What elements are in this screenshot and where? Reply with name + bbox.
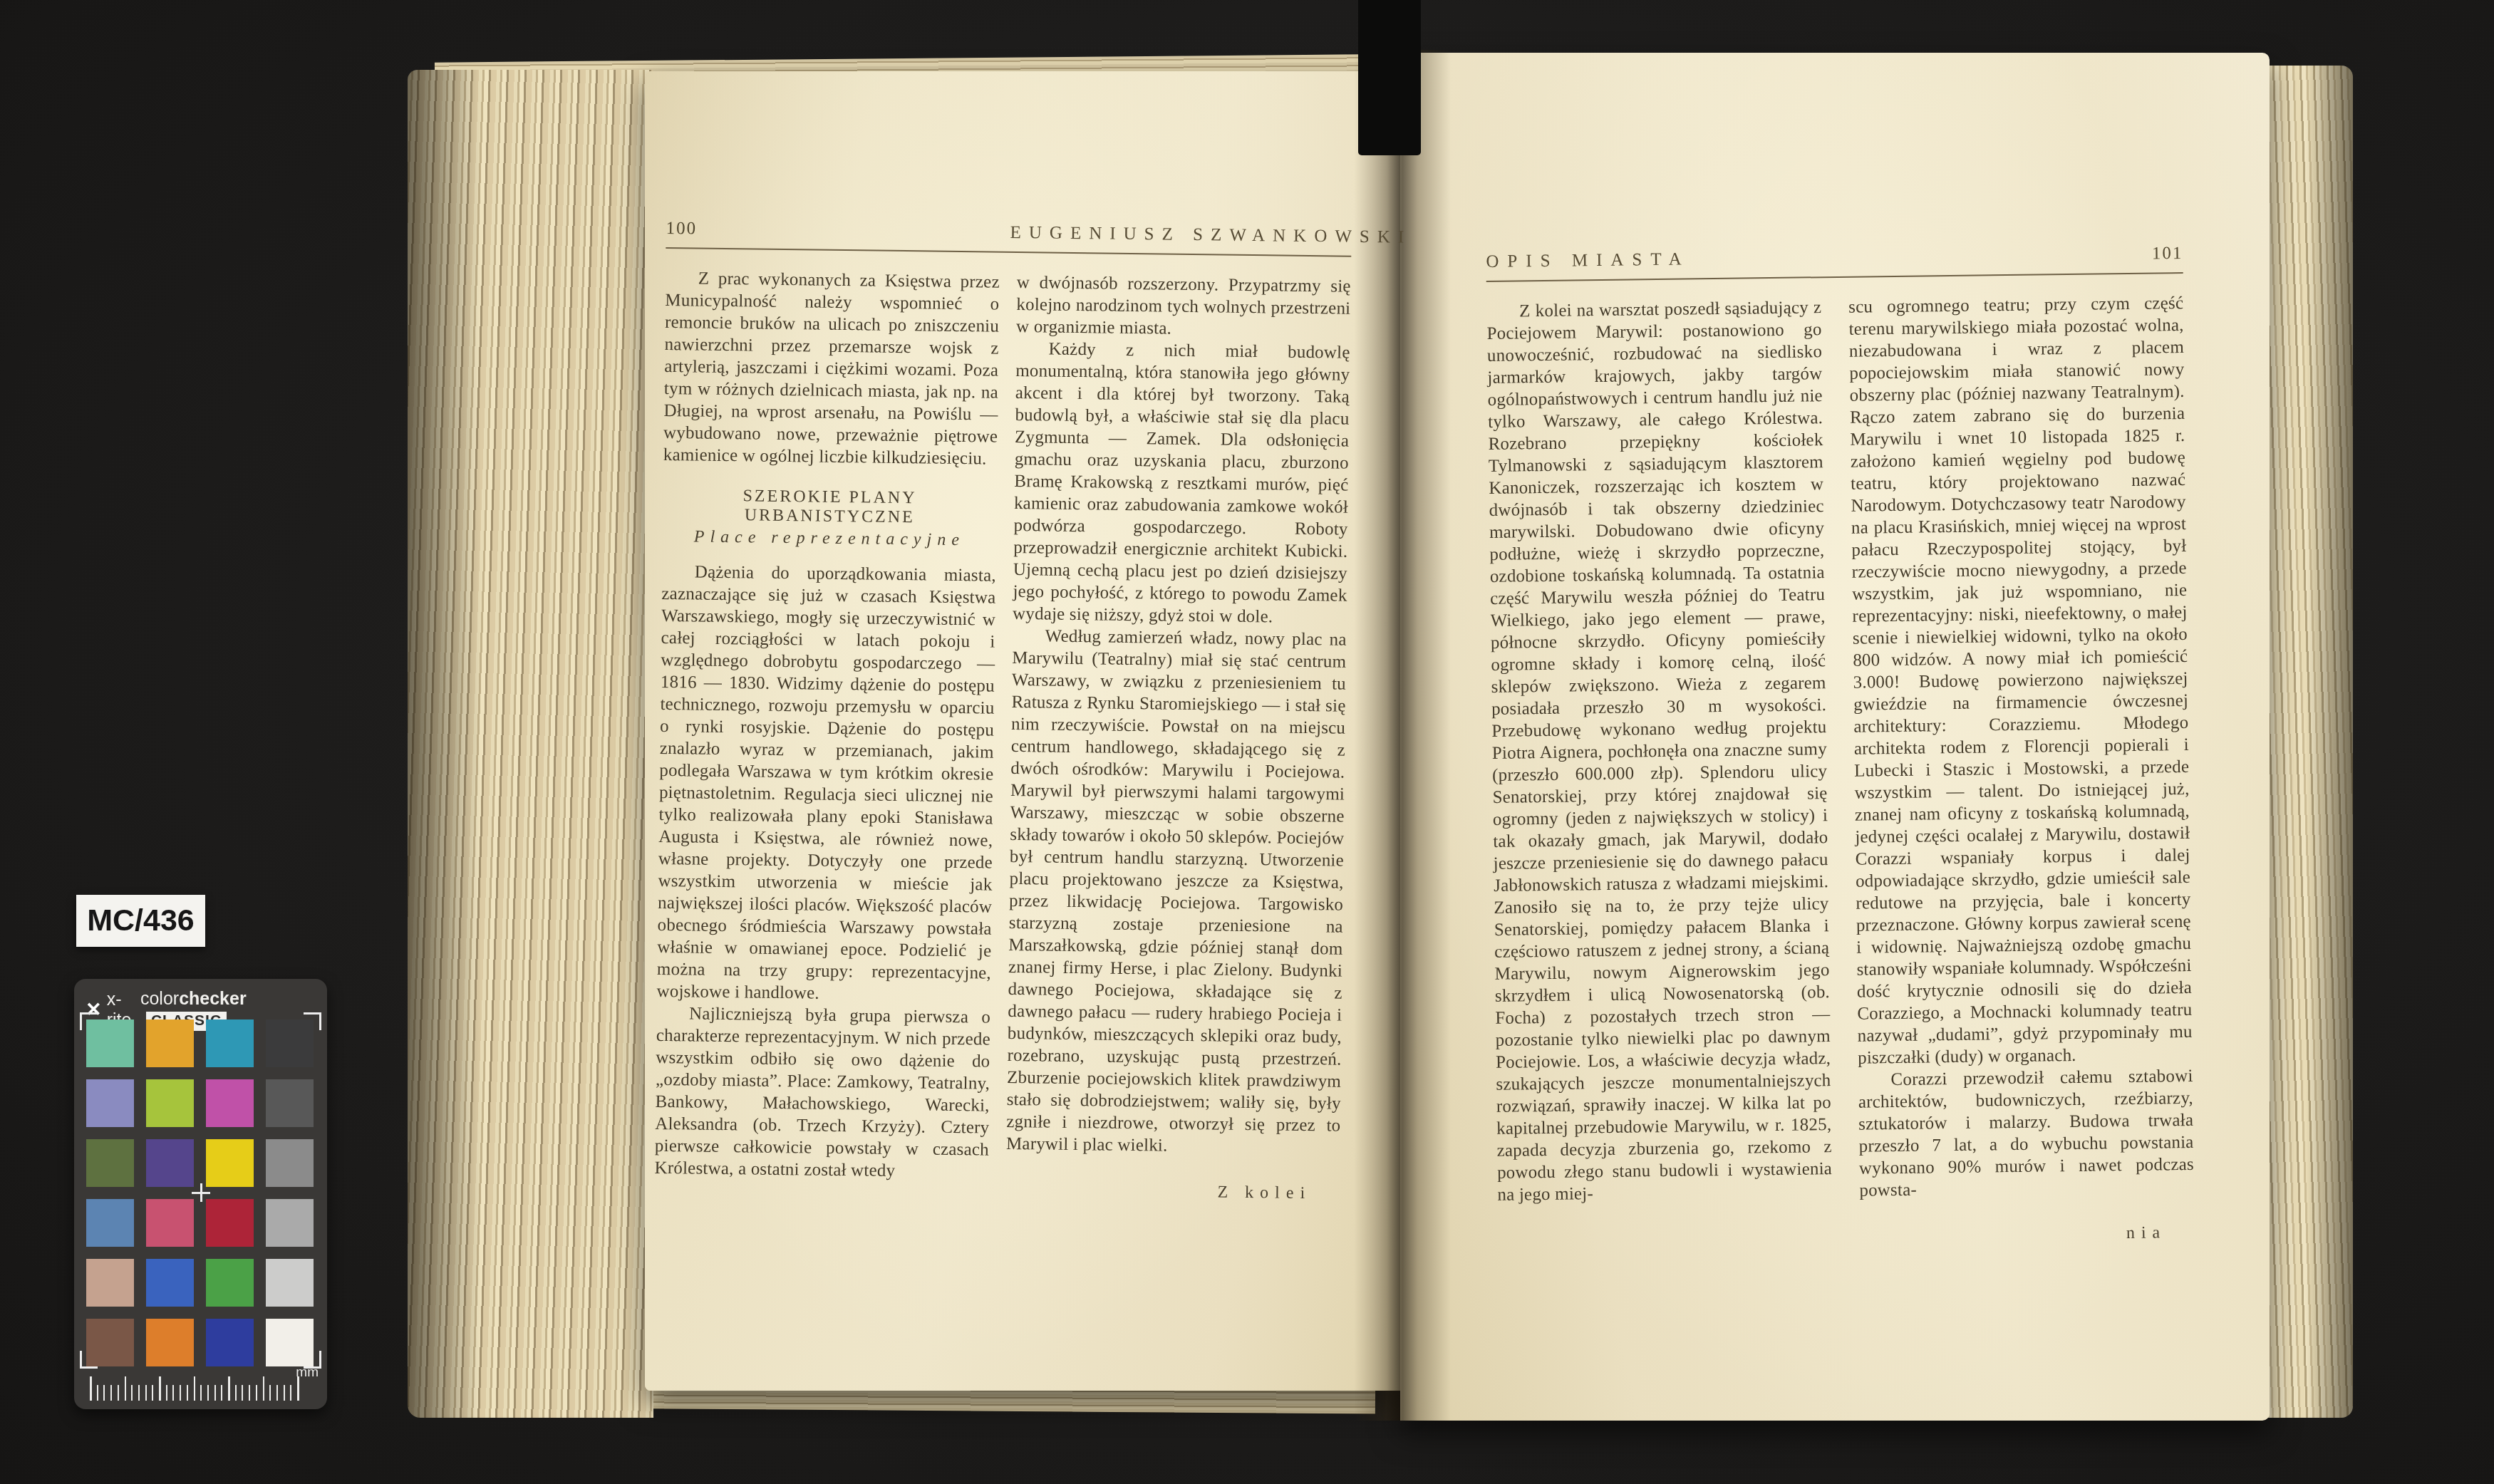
ruler-minor-ticks (90, 1385, 300, 1401)
color-patch (206, 1139, 254, 1187)
body-paragraph: Z kolei na warsztat poszedł sąsiadujący … (1486, 296, 1832, 1206)
color-patch (86, 1199, 134, 1247)
mm-ruler: mm (90, 1374, 300, 1401)
color-patch (86, 1079, 134, 1127)
page-stack-right-edges (2267, 66, 2353, 1418)
body-paragraph: Corazzi przewodził całemu sztabowi archi… (1858, 1065, 2194, 1202)
color-patch (146, 1019, 194, 1067)
left-column-1: Z prac wykonanych za Księstwa przez Muni… (654, 267, 1000, 1200)
colorchecker-card: ✕ x-rite colorchecker CLASSIC mm (74, 979, 327, 1409)
color-patch (206, 1199, 254, 1247)
color-patch (266, 1079, 314, 1127)
page-stack-left-edges (408, 70, 653, 1418)
left-column-2: w dwójnasób rozszerzony. Przypatrzmy się… (1005, 271, 1351, 1204)
color-patch (266, 1019, 314, 1067)
right-column-2: scu ogromnego teatru; przy czym część te… (1848, 292, 2195, 1247)
right-head-rule (1486, 272, 2183, 282)
color-patch (86, 1139, 134, 1187)
left-head-rule (666, 247, 1351, 257)
ruler-unit-label: mm (296, 1365, 319, 1381)
right-columns: Z kolei na warsztat poszedł sąsiadujący … (1486, 292, 2195, 1251)
color-patch (266, 1139, 314, 1187)
left-page-text: 100 EUGENIUSZ SZWANKOWSKI Z prac wykonan… (654, 209, 1352, 1204)
right-column-1: Z kolei na warsztat poszedł sąsiadujący … (1486, 296, 1833, 1251)
color-patch (206, 1319, 254, 1366)
section-subheading: Place reprezentacyjne (662, 527, 996, 551)
color-patch (86, 1319, 134, 1366)
colorchecker-title-light: color (140, 989, 179, 1009)
body-paragraph: Najliczniejszą była grupa pierwsza o cha… (654, 1002, 990, 1183)
book-cradle-strap (1358, 0, 1421, 155)
body-paragraph: Dążenia do uporządkowania miasta, zaznac… (656, 561, 996, 1007)
body-paragraph: Z prac wykonanych za Księstwa przez Muni… (663, 267, 1000, 470)
catchword: Z kolei (1005, 1181, 1340, 1204)
color-patch (146, 1319, 194, 1366)
color-patch (146, 1199, 194, 1247)
shelfmark-label: MC/436 (76, 895, 205, 947)
registration-plus-icon (192, 1183, 210, 1202)
body-paragraph: w dwójnasób rozszerzony. Przypatrzmy się… (1016, 271, 1351, 342)
color-patch (266, 1259, 314, 1307)
colorchecker-title-bold: checker (179, 989, 247, 1009)
color-patch (146, 1079, 194, 1127)
color-patch (206, 1259, 254, 1307)
color-patch (206, 1079, 254, 1127)
book-scan-photograph: 100 EUGENIUSZ SZWANKOWSKI Z prac wykonan… (0, 0, 2494, 1484)
left-running-head: EUGENIUSZ SZWANKOWSKI (1010, 223, 1351, 247)
right-running-head: OPIS MIASTA (1486, 249, 1690, 271)
color-patch (146, 1259, 194, 1307)
color-patch (86, 1259, 134, 1307)
section-heading: SZEROKIE PLANY URBANISTYCZNE (663, 486, 998, 529)
color-patch (146, 1139, 194, 1187)
left-page-number: 100 (666, 219, 697, 239)
right-page-number: 101 (2152, 244, 2183, 264)
catchword: nia (1860, 1223, 2195, 1247)
color-patch (206, 1019, 254, 1067)
left-columns: Z prac wykonanych za Księstwa przez Muni… (654, 267, 1351, 1204)
color-patch (266, 1199, 314, 1247)
color-patch (266, 1319, 314, 1366)
right-page-text: OPIS MIASTA 101 Z kolei na warsztat posz… (1486, 234, 2195, 1251)
body-paragraph: Każdy z nich miał budowlę monumentalną, … (1013, 338, 1350, 629)
body-paragraph: Według zamierzeń władz, nowy plac na Mar… (1006, 625, 1347, 1159)
book-gutter-shadow (1354, 50, 1451, 1421)
color-patch (86, 1019, 134, 1067)
body-paragraph: scu ogromnego teatru; przy czym część te… (1848, 292, 2193, 1069)
